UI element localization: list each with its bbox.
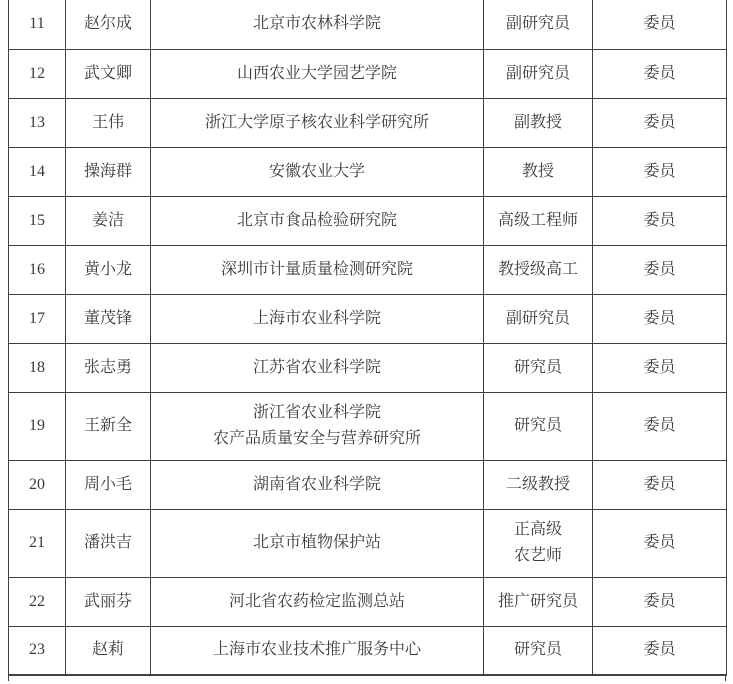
table-row: 13 王伟 浙江大学原子核农业科学研究所 副教授 委员 — [9, 98, 727, 147]
member-name-cell: 潘洪吉 — [66, 509, 151, 577]
row-number-cell: 19 — [9, 392, 66, 460]
role-cell: 委员 — [593, 0, 727, 49]
row-number-cell: 22 — [9, 577, 66, 626]
organization-cell: 上海市农业科学院 — [151, 294, 484, 343]
role-cell: 委员 — [593, 98, 727, 147]
job-title-cell: 研究员 — [484, 343, 593, 392]
member-name-cell: 周小毛 — [66, 460, 151, 509]
organization-cell: 北京市食品检验研究院 — [151, 196, 484, 245]
table-row: 14 操海群 安徽农业大学 教授 委员 — [9, 147, 727, 196]
organization-cell: 北京市农林科学院 — [151, 0, 484, 49]
table-body: 11 赵尔成 北京市农林科学院 副研究员 委员 12 武文卿 山西农业大学园艺学… — [9, 0, 727, 675]
row-number-cell: 11 — [9, 0, 66, 49]
organization-cell: 江苏省农业科学院 — [151, 343, 484, 392]
job-title-cell: 副研究员 — [484, 49, 593, 98]
row-number-cell: 16 — [9, 245, 66, 294]
organization-cell: 浙江大学原子核农业科学研究所 — [151, 98, 484, 147]
role-cell: 委员 — [593, 577, 727, 626]
job-title-cell: 推广研究员 — [484, 577, 593, 626]
role-cell: 委员 — [593, 245, 727, 294]
role-cell: 委员 — [593, 49, 727, 98]
table-row: 15 姜洁 北京市食品检验研究院 高级工程师 委员 — [9, 196, 727, 245]
member-name-cell: 姜洁 — [66, 196, 151, 245]
role-cell: 委员 — [593, 392, 727, 460]
role-cell: 委员 — [593, 460, 727, 509]
table-row: 19 王新全 浙江省农业科学院农产品质量安全与营养研究所 研究员 委员 — [9, 392, 727, 460]
table-row: 23 赵莉 上海市农业技术推广服务中心 研究员 委员 — [9, 626, 727, 675]
job-title-cell: 教授 — [484, 147, 593, 196]
member-name-cell: 王伟 — [66, 98, 151, 147]
member-name-cell: 王新全 — [66, 392, 151, 460]
table-row: 16 黄小龙 深圳市计量质量检测研究院 教授级高工 委员 — [9, 245, 727, 294]
row-number-cell: 21 — [9, 509, 66, 577]
table-row: 22 武丽芬 河北省农药检定监测总站 推广研究员 委员 — [9, 577, 727, 626]
organization-cell: 安徽农业大学 — [151, 147, 484, 196]
next-row-partial — [8, 676, 726, 681]
table-row: 17 董茂锋 上海市农业科学院 副研究员 委员 — [9, 294, 727, 343]
row-number-cell: 14 — [9, 147, 66, 196]
role-cell: 委员 — [593, 294, 727, 343]
job-title-cell: 副教授 — [484, 98, 593, 147]
member-name-cell: 赵尔成 — [66, 0, 151, 49]
organization-cell: 山西农业大学园艺学院 — [151, 49, 484, 98]
member-name-cell: 武文卿 — [66, 49, 151, 98]
role-cell: 委员 — [593, 196, 727, 245]
organization-cell: 深圳市计量质量检测研究院 — [151, 245, 484, 294]
job-title-cell: 研究员 — [484, 626, 593, 675]
row-number-cell: 18 — [9, 343, 66, 392]
member-name-cell: 张志勇 — [66, 343, 151, 392]
table-row: 11 赵尔成 北京市农林科学院 副研究员 委员 — [9, 0, 727, 49]
table-row: 12 武文卿 山西农业大学园艺学院 副研究员 委员 — [9, 49, 727, 98]
row-number-cell: 17 — [9, 294, 66, 343]
job-title-cell: 研究员 — [484, 392, 593, 460]
job-title-cell: 正高级农艺师 — [484, 509, 593, 577]
member-name-cell: 赵莉 — [66, 626, 151, 675]
job-title-cell: 教授级高工 — [484, 245, 593, 294]
job-title-cell: 高级工程师 — [484, 196, 593, 245]
organization-cell: 湖南省农业科学院 — [151, 460, 484, 509]
role-cell: 委员 — [593, 509, 727, 577]
role-cell: 委员 — [593, 343, 727, 392]
organization-cell: 北京市植物保护站 — [151, 509, 484, 577]
member-name-cell: 黄小龙 — [66, 245, 151, 294]
row-number-cell: 20 — [9, 460, 66, 509]
role-cell: 委员 — [593, 626, 727, 675]
job-title-cell: 副研究员 — [484, 294, 593, 343]
member-name-cell: 董茂锋 — [66, 294, 151, 343]
role-cell: 委员 — [593, 147, 727, 196]
organization-cell: 河北省农药检定监测总站 — [151, 577, 484, 626]
member-name-cell: 武丽芬 — [66, 577, 151, 626]
table-row: 20 周小毛 湖南省农业科学院 二级教授 委员 — [9, 460, 727, 509]
row-number-cell: 23 — [9, 626, 66, 675]
job-title-cell: 副研究员 — [484, 0, 593, 49]
row-number-cell: 15 — [9, 196, 66, 245]
table-row: 21 潘洪吉 北京市植物保护站 正高级农艺师 委员 — [9, 509, 727, 577]
committee-members-table: 11 赵尔成 北京市农林科学院 副研究员 委员 12 武文卿 山西农业大学园艺学… — [8, 0, 727, 676]
job-title-cell: 二级教授 — [484, 460, 593, 509]
row-number-cell: 12 — [9, 49, 66, 98]
row-number-cell: 13 — [9, 98, 66, 147]
organization-cell: 上海市农业技术推广服务中心 — [151, 626, 484, 675]
organization-cell: 浙江省农业科学院农产品质量安全与营养研究所 — [151, 392, 484, 460]
table-row: 18 张志勇 江苏省农业科学院 研究员 委员 — [9, 343, 727, 392]
member-name-cell: 操海群 — [66, 147, 151, 196]
